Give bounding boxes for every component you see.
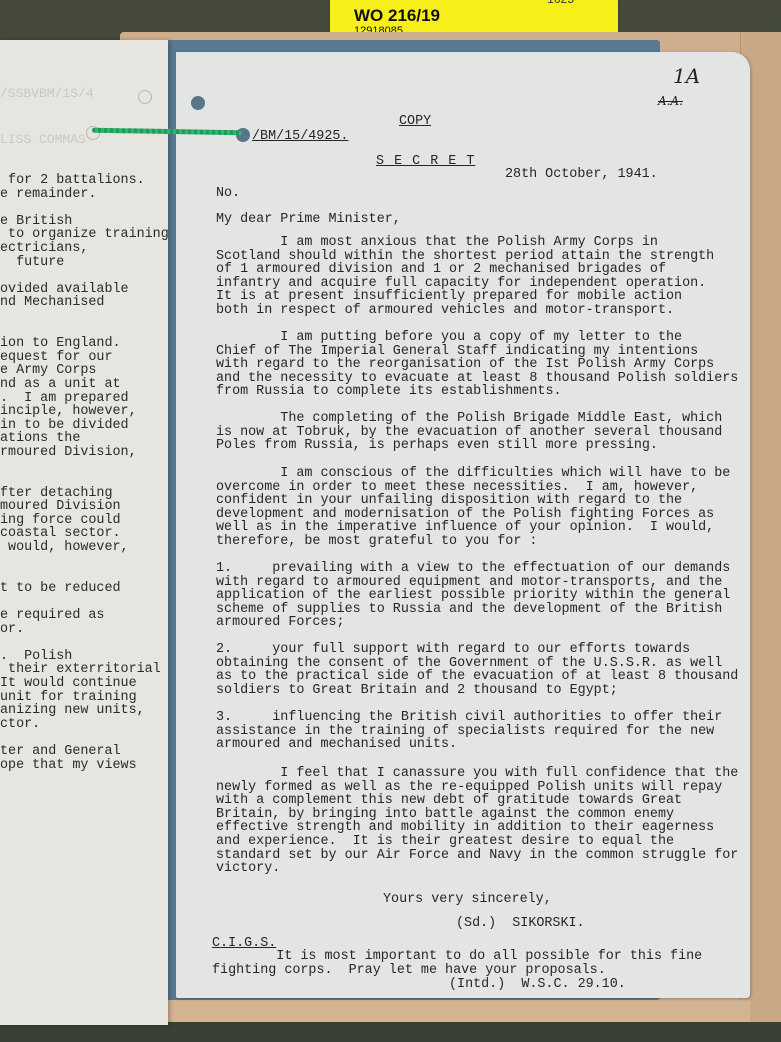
punch-hole — [191, 96, 205, 110]
punch-hole-reinforced — [138, 90, 152, 104]
paragraph: I am putting before you a copy of my let… — [216, 331, 746, 399]
paragraph: The completing of the Polish Brigade Mid… — [216, 412, 746, 453]
archive-reference: WO 216/19 — [354, 6, 440, 26]
closing-paragraph: I feel that I canassure you with full co… — [216, 767, 746, 876]
numbered-item: 1. prevailing with a view to the effectu… — [216, 562, 746, 630]
copy-heading: COPY — [399, 114, 431, 129]
classification-heading: S E C R E T — [376, 154, 475, 169]
numbered-item: 2. your full support with regard to our … — [216, 643, 746, 697]
paragraph: I am most anxious that the Polish Army C… — [216, 236, 746, 318]
letter-reference: /BM/15/4925. — [252, 129, 348, 144]
previous-page-text: for 2 battalions. e remainder. e British… — [0, 174, 168, 772]
struck-folio-mark: A.A. — [658, 94, 683, 108]
faint-show-through: LISS COMMAS — [0, 132, 86, 147]
numbered-item: 3. influencing the British civil authori… — [216, 711, 746, 752]
minute-text: It is most important to do all possible … — [212, 950, 742, 977]
minute-initials: (Intd.) W.S.C. 29.10. — [449, 977, 626, 992]
folder-bottom — [120, 1000, 750, 1022]
previous-page: /SSBVBM/1S/4 LISS COMMAS for 2 battalion… — [0, 40, 168, 1025]
letter-date: 28th October, 1941. — [505, 167, 658, 182]
label-cut-text: 1025 — [547, 0, 574, 6]
paragraph: I am conscious of the difficulties which… — [216, 467, 746, 549]
valediction: Yours very sincerely, — [383, 892, 552, 907]
folio-number: 1A — [673, 64, 700, 88]
salutation: My dear Prime Minister, — [216, 212, 401, 227]
faint-show-through: /SSBVBM/1S/4 — [0, 86, 94, 101]
signature: (Sd.) SIKORSKI. — [456, 916, 585, 931]
number-label: No. — [216, 186, 240, 201]
